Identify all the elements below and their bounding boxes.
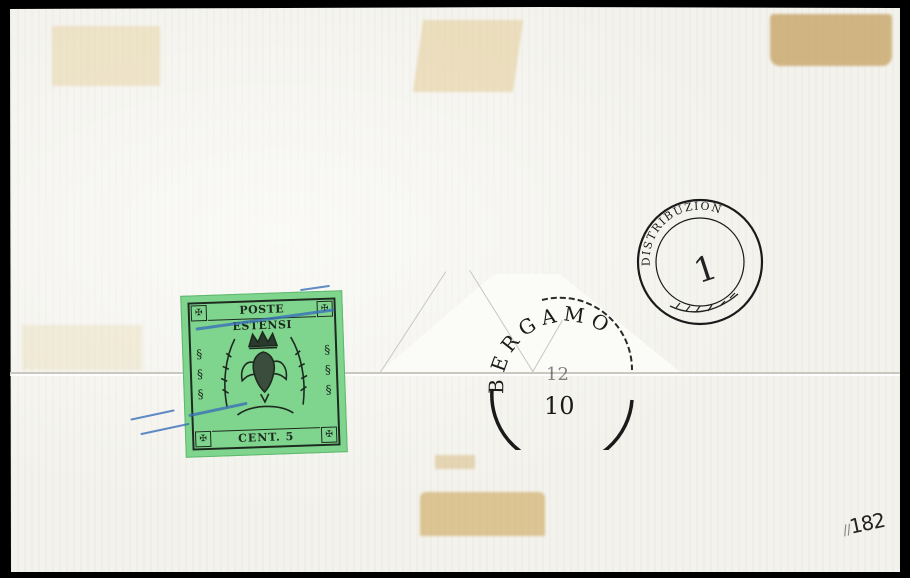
- distribuzione-postmark: DISTRIBUZION 1: [630, 198, 770, 328]
- background-edge: [900, 0, 910, 578]
- svg-text:10: 10: [544, 392, 575, 420]
- corner-ornament: ✠: [321, 426, 338, 443]
- hinge-remnant: [52, 26, 160, 86]
- hinge-remnant: [770, 14, 892, 66]
- corner-ornament: ✠: [191, 305, 208, 322]
- bergamo-postmark: BERGAMO 12 10: [482, 290, 642, 450]
- hinge-remnant: [413, 20, 523, 92]
- side-scroll-ornament: §§§: [192, 344, 208, 404]
- fold-line: [10, 372, 900, 374]
- corner-ornament: ✠: [195, 431, 212, 448]
- hinge-remnant: [420, 492, 545, 536]
- svg-text:12: 12: [546, 364, 569, 385]
- stamp-value-inscription: CENT. 5: [212, 427, 321, 448]
- svg-text:1: 1: [689, 247, 722, 292]
- side-scroll-ornament: §§§: [320, 340, 336, 400]
- eagle-crown-emblem-icon: [210, 320, 318, 428]
- hinge-remnant: [435, 455, 475, 469]
- postage-stamp: POSTE ESTENSI CENT. 5 ✠ ✠ ✠ ✠: [180, 290, 348, 458]
- stain: [22, 325, 142, 370]
